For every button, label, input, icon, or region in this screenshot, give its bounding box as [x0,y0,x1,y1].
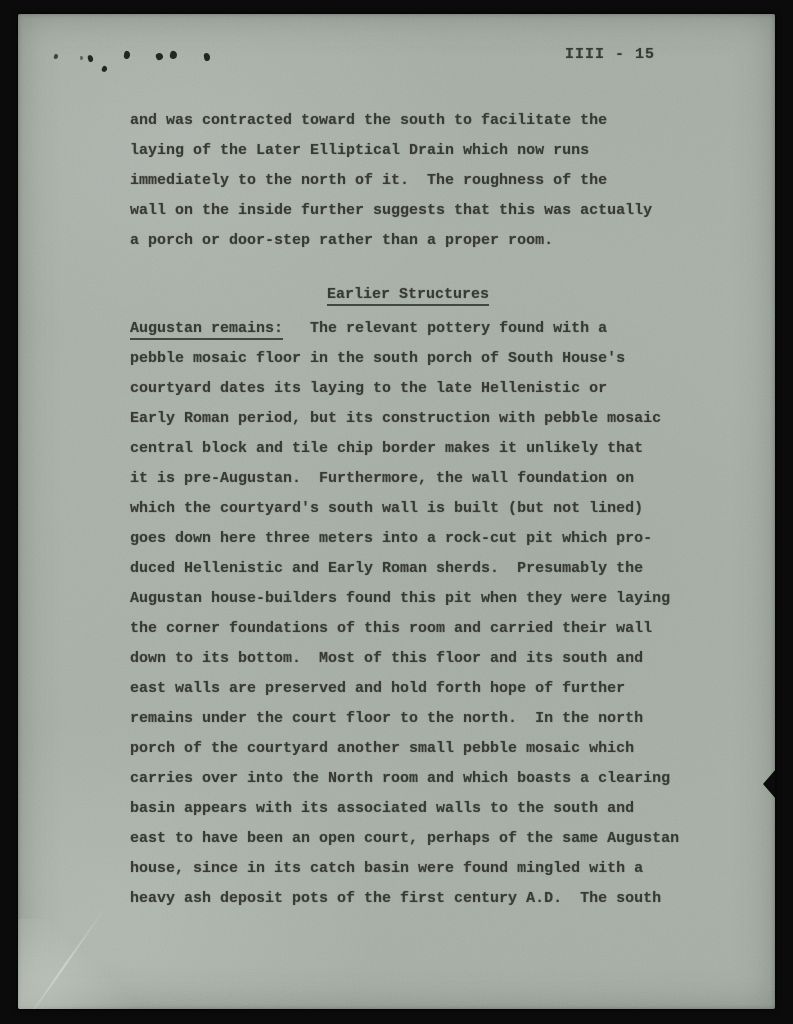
document-page: IIII - 15 and was contracted toward the … [18,14,775,1009]
fold-crease [19,906,107,1009]
section-heading-text: Earlier Structures [327,286,489,306]
page-number: IIII - 15 [565,46,655,63]
paper-tear-notch [763,769,775,799]
paragraph-1: and was contracted toward the south to f… [130,106,686,256]
lead-gap [283,320,310,337]
scan-background: IIII - 15 and was contracted toward the … [0,0,793,1024]
paragraph-2-lead-line: Augustan remains: The relevant pottery f… [130,314,686,344]
augustan-remains-label: Augustan remains: [130,320,283,340]
paragraph-2-body: pebble mosaic floor in the south porch o… [130,344,686,914]
paragraph-2-first-line: The relevant pottery found with a [310,320,607,337]
corner-highlight [18,919,138,1009]
staple-punch-marks [32,32,242,72]
paragraph-2: Augustan remains: The relevant pottery f… [130,314,686,914]
section-heading: Earlier Structures [130,280,686,310]
